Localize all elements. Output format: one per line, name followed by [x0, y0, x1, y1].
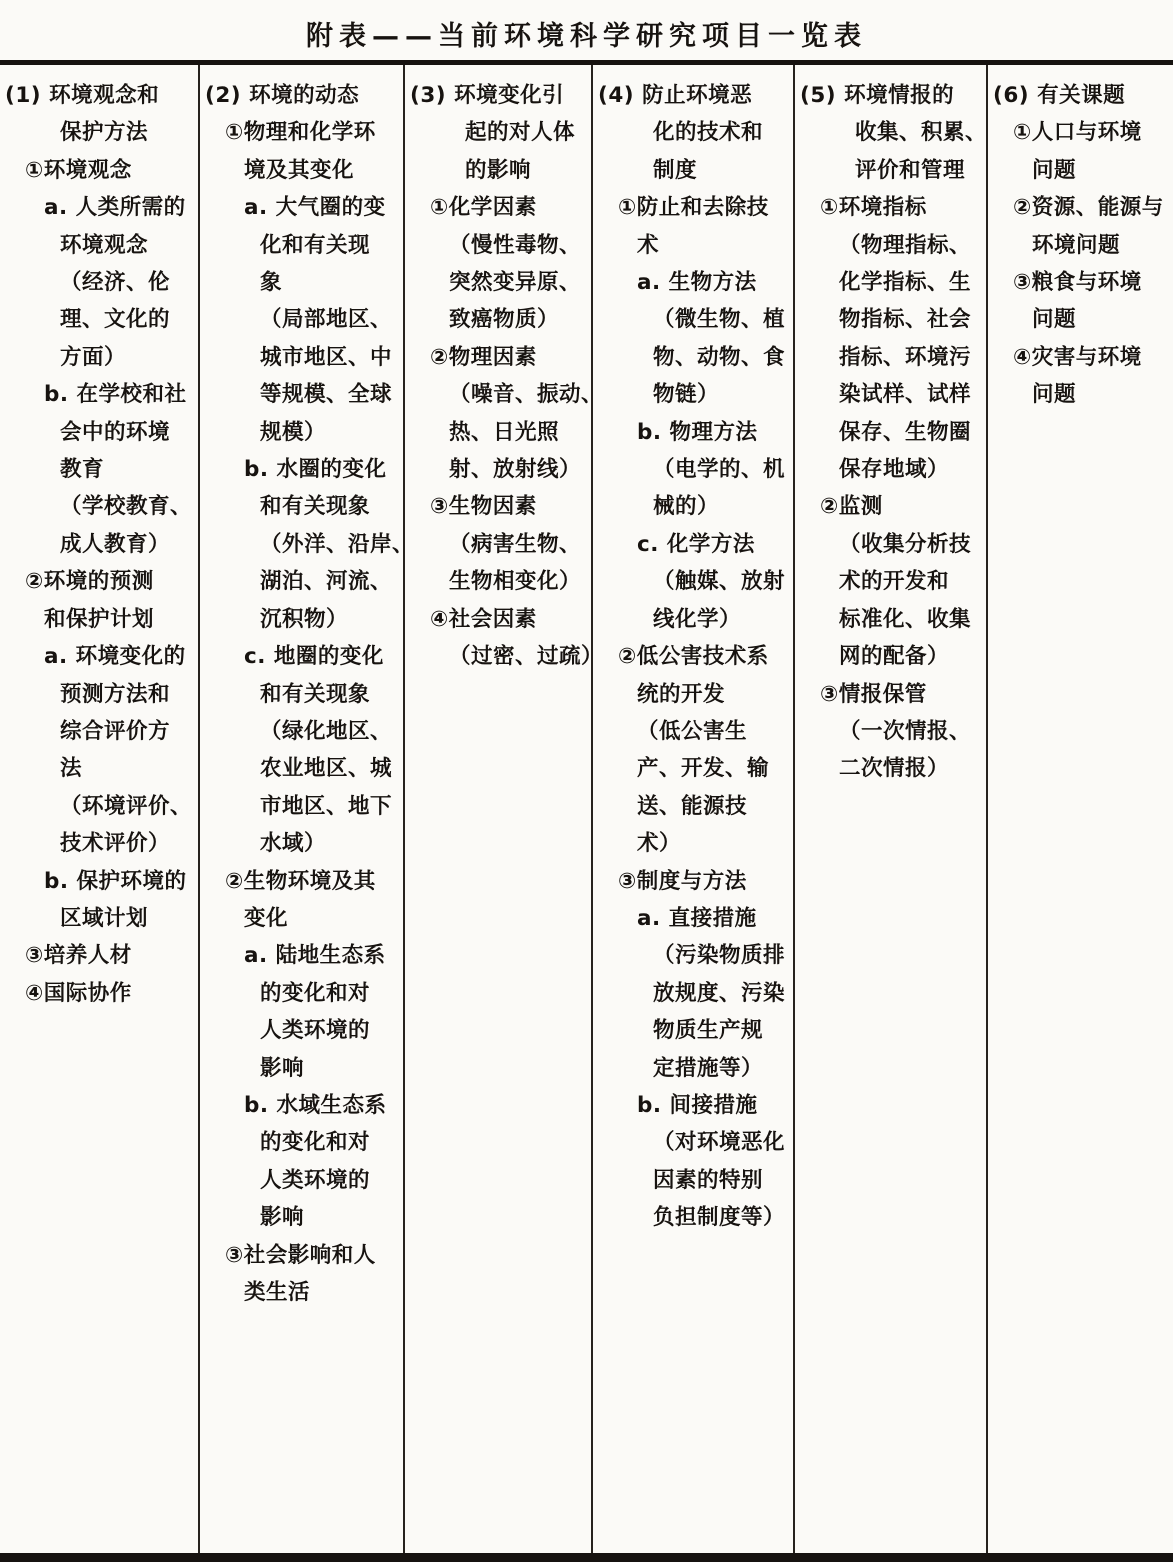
table-line: （触媒、放射 — [593, 563, 793, 600]
table-line: 制度 — [593, 152, 793, 189]
table-line: 问题 — [988, 152, 1173, 189]
table-line: 和保护计划 — [0, 601, 198, 638]
table-line: （对环境恶化 — [593, 1124, 793, 1161]
table-line: 会中的环境 — [0, 414, 198, 451]
table-line: （污染物质排 — [593, 937, 793, 974]
document-page: 附表——当前环境科学研究项目一览表 (1) 环境观念和保护方法①环境观念a. 人… — [0, 0, 1173, 1562]
table-line: 收集、积累、 — [795, 114, 986, 151]
table-line: 教育 — [0, 451, 198, 488]
table-column-3: (3) 环境变化引起的对人体的影响①化学因素（慢性毒物、突然变异原、致癌物质）②… — [405, 65, 593, 1553]
table-line: (3) 环境变化引 — [405, 77, 591, 114]
table-line: ①环境观念 — [0, 152, 198, 189]
table-line: 化的技术和 — [593, 114, 793, 151]
table-line: 的变化和对 — [200, 975, 403, 1012]
table-line: ③生物因素 — [405, 488, 591, 525]
table-line: 染试样、试样 — [795, 376, 986, 413]
table-line: ①化学因素 — [405, 189, 591, 226]
table-line: ④国际协作 — [0, 975, 198, 1012]
table-line: ①环境指标 — [795, 189, 986, 226]
table-line: a. 大气圈的变 — [200, 189, 403, 226]
table-line: ②监测 — [795, 488, 986, 525]
table-line: (5) 环境情报的 — [795, 77, 986, 114]
table-line: b. 物理方法 — [593, 414, 793, 451]
table-line: 法 — [0, 750, 198, 787]
table-line: 方面） — [0, 339, 198, 376]
table-line: ①人口与环境 — [988, 114, 1173, 151]
table-line: (1) 环境观念和 — [0, 77, 198, 114]
table-line: 物指标、社会 — [795, 301, 986, 338]
table-line: 环境问题 — [988, 227, 1173, 264]
table-line: (6) 有关课题 — [988, 77, 1173, 114]
table-line: （微生物、植 — [593, 301, 793, 338]
table-line: 城市地区、中 — [200, 339, 403, 376]
table-line: 化学指标、生 — [795, 264, 986, 301]
table-line: ②低公害技术系 — [593, 638, 793, 675]
table-line: ②环境的预测 — [0, 563, 198, 600]
table-column-6: (6) 有关课题①人口与环境问题②资源、能源与环境问题③粮食与环境问题④灾害与环… — [988, 65, 1173, 1553]
table-line: 技术评价） — [0, 825, 198, 862]
table-line: （过密、过疏） — [405, 638, 591, 675]
table-line: 保护方法 — [0, 114, 198, 151]
table-line: a. 直接措施 — [593, 900, 793, 937]
table-line: b. 水域生态系 — [200, 1087, 403, 1124]
table-line: ③粮食与环境 — [988, 264, 1173, 301]
table-line: ②生物环境及其 — [200, 863, 403, 900]
table-line: 规模） — [200, 414, 403, 451]
table-line: 水域） — [200, 825, 403, 862]
table-line: 综合评价方 — [0, 713, 198, 750]
table-line: b. 水圈的变化 — [200, 451, 403, 488]
table-line: 的变化和对 — [200, 1124, 403, 1161]
table-line: 网的配备） — [795, 638, 986, 675]
table-line: ③制度与方法 — [593, 863, 793, 900]
table-line: 象 — [200, 264, 403, 301]
table-column-1: (1) 环境观念和保护方法①环境观念a. 人类所需的环境观念（经济、伦理、文化的… — [0, 65, 200, 1553]
table-line: 评价和管理 — [795, 152, 986, 189]
table-line: 物链） — [593, 376, 793, 413]
table-line: ②资源、能源与 — [988, 189, 1173, 226]
table-line: c. 化学方法 — [593, 526, 793, 563]
table-line: 保存、生物圈 — [795, 414, 986, 451]
table-line: 的影响 — [405, 152, 591, 189]
table-line: 类生活 — [200, 1274, 403, 1311]
table-line: b. 保护环境的 — [0, 863, 198, 900]
table-line: 区域计划 — [0, 900, 198, 937]
table-line: （电学的、机 — [593, 451, 793, 488]
table-line: 环境观念 — [0, 227, 198, 264]
table-line: 标准化、收集 — [795, 601, 986, 638]
table-line: 致癌物质） — [405, 301, 591, 338]
table-line: 线化学） — [593, 601, 793, 638]
table-column-5: (5) 环境情报的收集、积累、评价和管理①环境指标（物理指标、化学指标、生物指标… — [795, 65, 988, 1553]
table-line: 物质生产规 — [593, 1012, 793, 1049]
table-line: ③培养人材 — [0, 937, 198, 974]
table-line: 产、开发、输 — [593, 750, 793, 787]
table-line: （一次情报、 — [795, 713, 986, 750]
table-line: 成人教育） — [0, 526, 198, 563]
page-title: 附表——当前环境科学研究项目一览表 — [0, 0, 1173, 58]
table-line: 定措施等） — [593, 1050, 793, 1087]
table-line: a. 环境变化的 — [0, 638, 198, 675]
table-line: 农业地区、城 — [200, 750, 403, 787]
table-line: a. 生物方法 — [593, 264, 793, 301]
table-line: 负担制度等） — [593, 1199, 793, 1236]
table-line: 生物相变化） — [405, 563, 591, 600]
table-line: （环境评价、 — [0, 788, 198, 825]
table-line: （收集分析技 — [795, 526, 986, 563]
table-line: 和有关现象 — [200, 676, 403, 713]
table-line: （学校教育、 — [0, 488, 198, 525]
table-line: （局部地区、 — [200, 301, 403, 338]
table-line: b. 在学校和社 — [0, 376, 198, 413]
table-line: 等规模、全球 — [200, 376, 403, 413]
table-line: ③社会影响和人 — [200, 1237, 403, 1274]
table-line: 影响 — [200, 1199, 403, 1236]
table-line: （病害生物、 — [405, 526, 591, 563]
table-line: ④灾害与环境 — [988, 339, 1173, 376]
table-line: 术 — [593, 227, 793, 264]
table-line: c. 地圈的变化 — [200, 638, 403, 675]
table-line: （外洋、沿岸、 — [200, 526, 403, 563]
table-column-2: (2) 环境的动态①物理和化学环境及其变化a. 大气圈的变化和有关现象（局部地区… — [200, 65, 405, 1553]
table-line: 变化 — [200, 900, 403, 937]
table-line: 射、放射线） — [405, 451, 591, 488]
table-line: 预测方法和 — [0, 676, 198, 713]
table-line: 物、动物、食 — [593, 339, 793, 376]
table-line: 术） — [593, 825, 793, 862]
table-line: 保存地域） — [795, 451, 986, 488]
table-line: 市地区、地下 — [200, 788, 403, 825]
table-line: （经济、伦 — [0, 264, 198, 301]
table-line: 术的开发和 — [795, 563, 986, 600]
table-line: (4) 防止环境恶 — [593, 77, 793, 114]
table-line: (2) 环境的动态 — [200, 77, 403, 114]
table-line: a. 陆地生态系 — [200, 937, 403, 974]
table-line: 理、文化的 — [0, 301, 198, 338]
table-line: 突然变异原、 — [405, 264, 591, 301]
table-line: ②物理因素 — [405, 339, 591, 376]
table-column-4: (4) 防止环境恶化的技术和制度①防止和去除技术a. 生物方法（微生物、植物、动… — [593, 65, 795, 1553]
table-line: （物理指标、 — [795, 227, 986, 264]
table-line: 起的对人体 — [405, 114, 591, 151]
table-line: ①物理和化学环 — [200, 114, 403, 151]
table-line: 统的开发 — [593, 676, 793, 713]
table-line: 问题 — [988, 301, 1173, 338]
table-line: 人类环境的 — [200, 1012, 403, 1049]
table-line: （绿化地区、 — [200, 713, 403, 750]
table-line: ①防止和去除技 — [593, 189, 793, 226]
table-line: a. 人类所需的 — [0, 189, 198, 226]
table-line: （慢性毒物、 — [405, 227, 591, 264]
table-line: 二次情报） — [795, 750, 986, 787]
table-line: 境及其变化 — [200, 152, 403, 189]
table-line: 沉积物） — [200, 601, 403, 638]
table-line: 送、能源技 — [593, 788, 793, 825]
table-line: 放规度、污染 — [593, 975, 793, 1012]
research-projects-table: (1) 环境观念和保护方法①环境观念a. 人类所需的环境观念（经济、伦理、文化的… — [0, 60, 1173, 1562]
table-line: 热、日光照 — [405, 414, 591, 451]
table-line: 械的） — [593, 488, 793, 525]
table-line: （低公害生 — [593, 713, 793, 750]
table-line: 因素的特别 — [593, 1162, 793, 1199]
table-line: 化和有关现 — [200, 227, 403, 264]
table-line: ③情报保管 — [795, 676, 986, 713]
table-line: 湖泊、河流、 — [200, 563, 403, 600]
table-line: （噪音、振动、 — [405, 376, 591, 413]
table-line: 问题 — [988, 376, 1173, 413]
table-line: 和有关现象 — [200, 488, 403, 525]
table-line: 人类环境的 — [200, 1162, 403, 1199]
table-line: 指标、环境污 — [795, 339, 986, 376]
table-line: 影响 — [200, 1050, 403, 1087]
table-line: b. 间接措施 — [593, 1087, 793, 1124]
table-line: ④社会因素 — [405, 601, 591, 638]
